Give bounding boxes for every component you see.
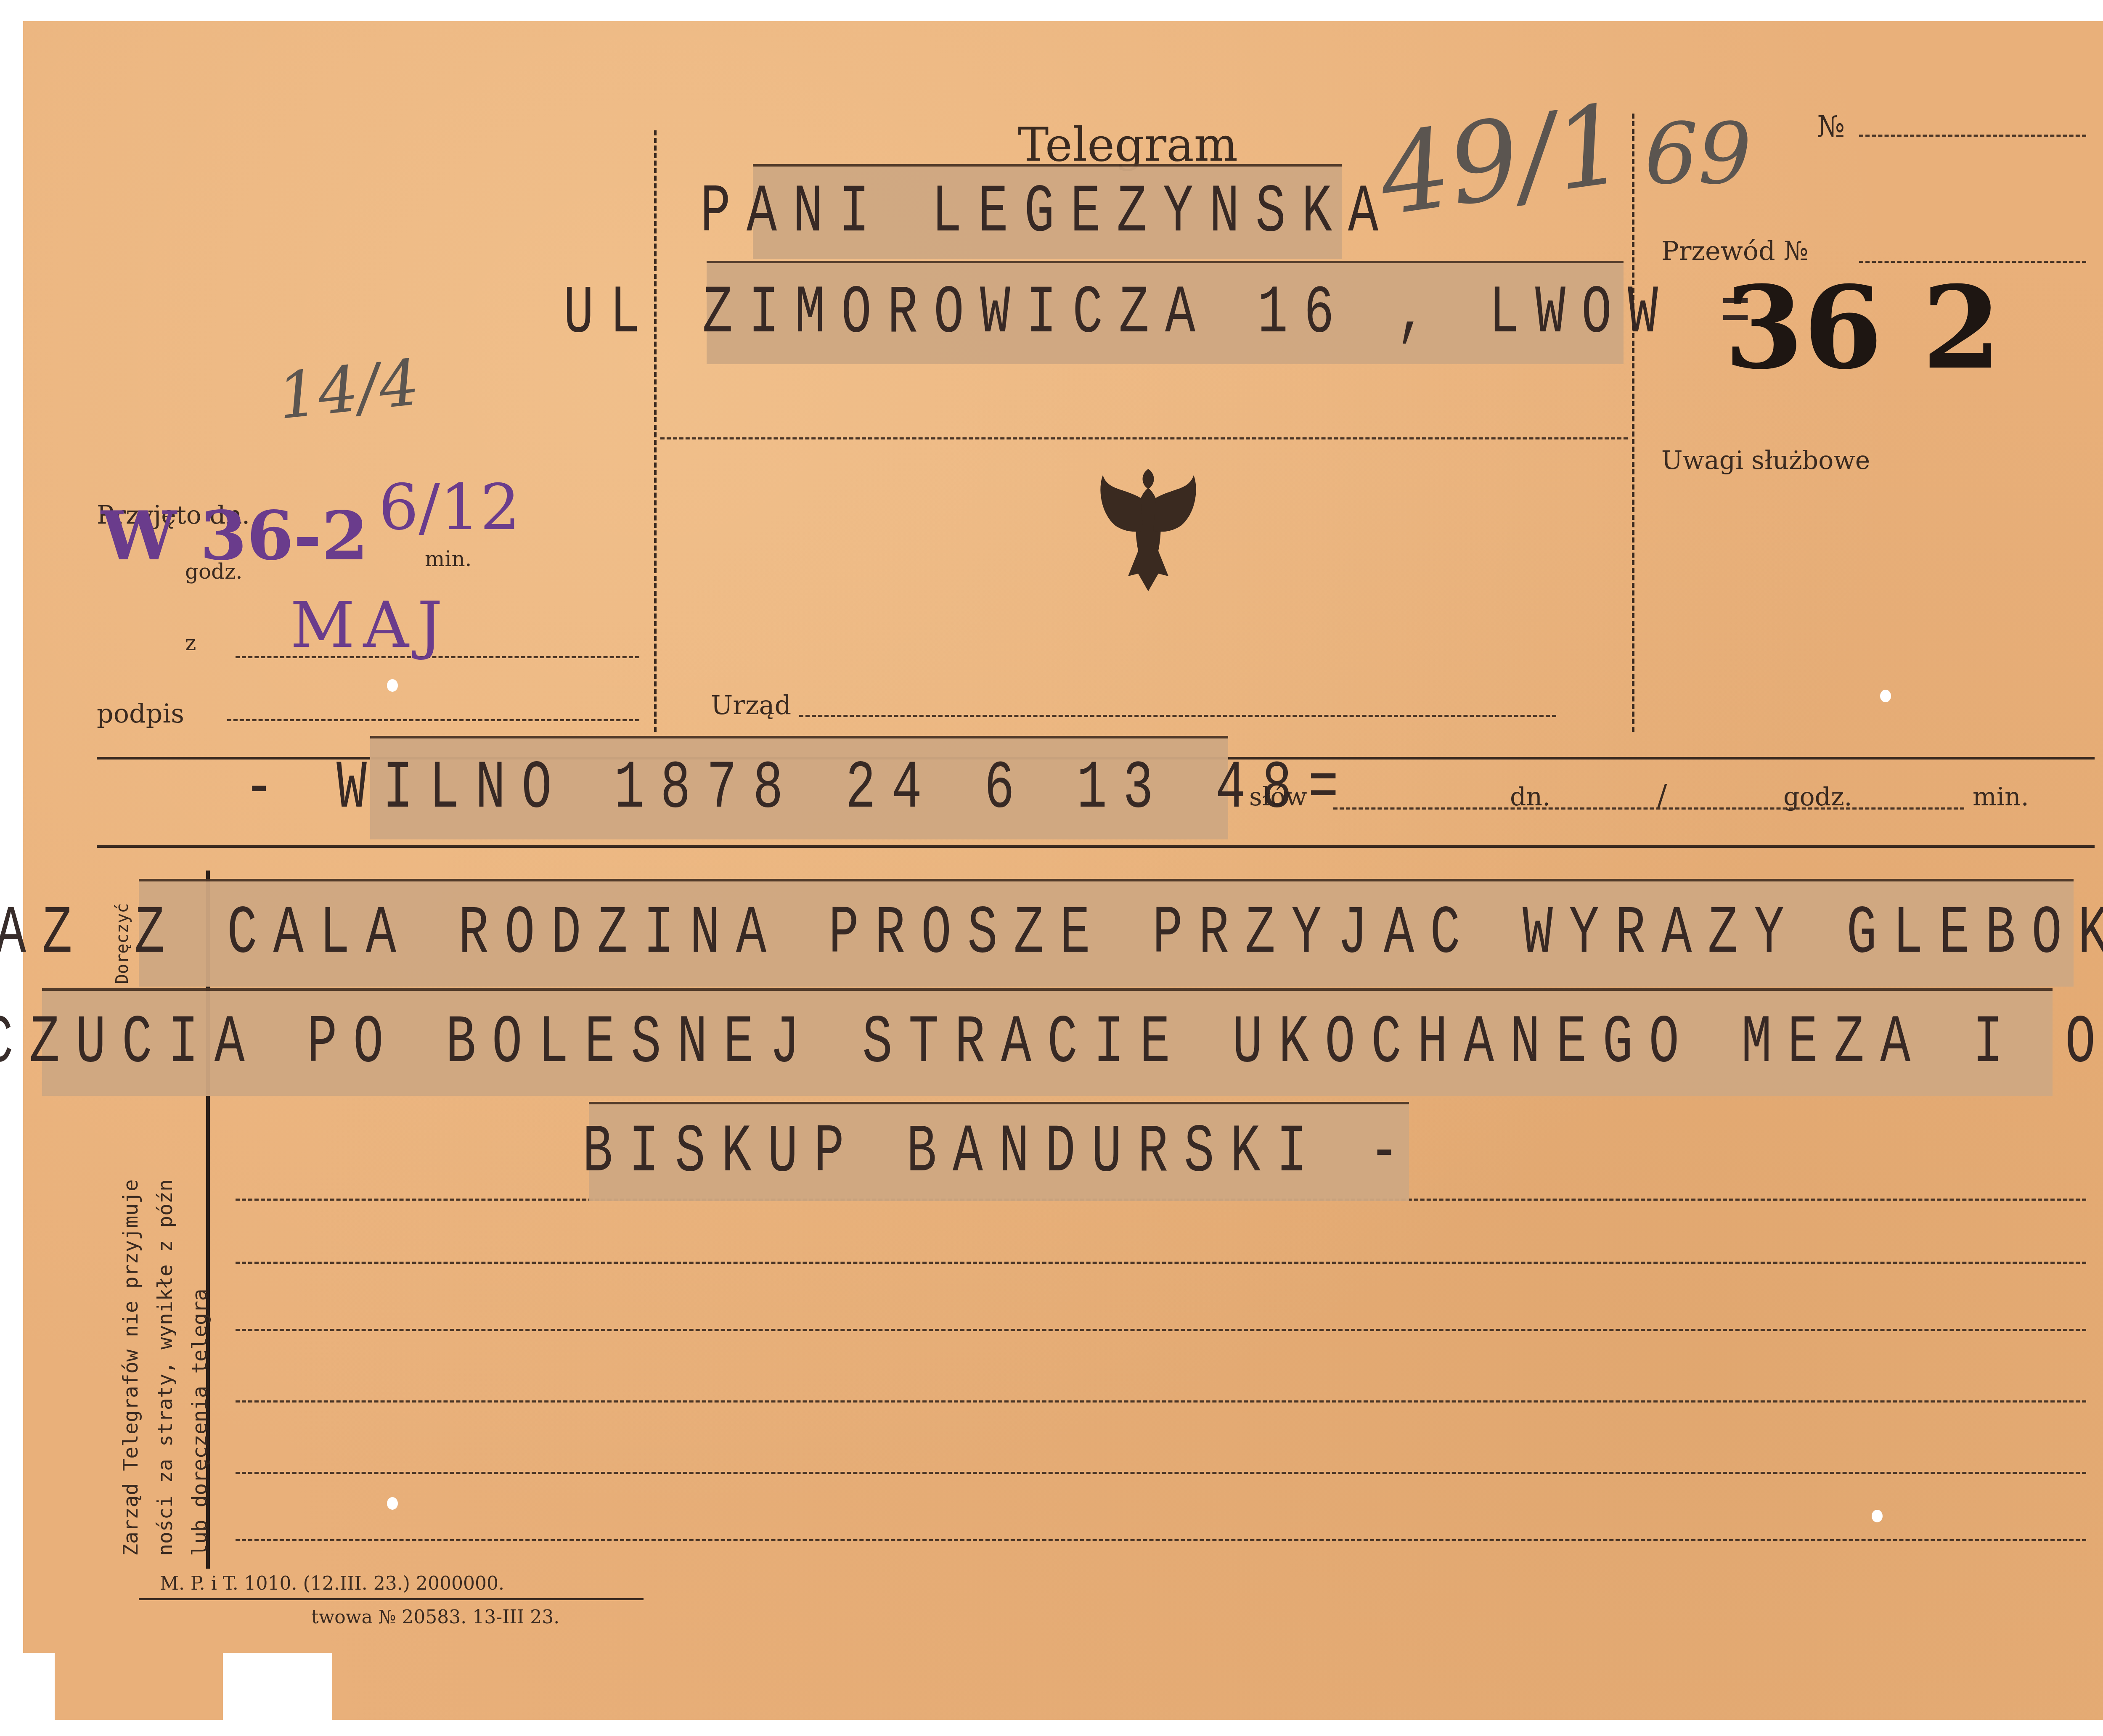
punch-hole xyxy=(387,679,398,692)
from-label: z xyxy=(185,631,196,655)
pencil-note-left: 14/4 xyxy=(274,346,423,434)
form-title: Telegram xyxy=(1018,118,1238,172)
signature-strip: BISKUP BANDURSKI - xyxy=(589,1102,1409,1201)
frame-divider-right xyxy=(1632,114,1634,732)
date-stamp-month: MAJ xyxy=(290,589,451,662)
pencil-note-right: 69 xyxy=(1645,105,1752,203)
torn-edge xyxy=(0,1653,55,1736)
form-print-code: M. P. i T. 1010. (12.III. 23.) 2000000. xyxy=(160,1573,504,1594)
torn-edge xyxy=(223,1653,332,1736)
service-notes-label: Uwagi służbowe xyxy=(1661,446,1870,475)
sender-signature: BISKUP BANDURSKI - xyxy=(583,1114,1415,1191)
polish-eagle-icon xyxy=(1085,463,1211,614)
header-strip: - WILNO 1878 24 6 13 48= xyxy=(370,736,1228,839)
number-label: № xyxy=(1817,109,1845,144)
punch-hole xyxy=(387,1497,398,1510)
rule xyxy=(236,1539,2086,1541)
address: UL ZIMOROWICZA 16 , LWOW = xyxy=(564,275,1767,352)
rule xyxy=(660,437,1628,439)
rule xyxy=(236,1329,2086,1331)
form-print-order: twowa № 20583. 13-III 23. xyxy=(311,1606,559,1628)
punch-hole xyxy=(1880,690,1891,702)
min-label: min. xyxy=(425,547,472,571)
date-stamp-date: 6/12 xyxy=(379,471,520,544)
signature-field-line xyxy=(227,719,639,721)
body-strip-1: WRAZ Z CALA RODZINA PROSZE PRZYJAC WYRAZ… xyxy=(139,879,2074,987)
transmission-header: - WILNO 1878 24 6 13 48= xyxy=(244,750,1354,828)
liability-notice: Zarząd Telegrafów nie przyjmuje ności za… xyxy=(114,1179,217,1556)
message-line-1: WRAZ Z CALA RODZINA PROSZE PRZYJAC WYRAZ… xyxy=(0,895,2103,973)
office-field-line xyxy=(799,715,1556,717)
frame-divider-left xyxy=(654,130,657,732)
rule xyxy=(139,1598,644,1600)
rule xyxy=(236,1472,2086,1474)
rule xyxy=(97,845,2095,848)
office-label: Urząd xyxy=(711,690,791,720)
min-label-2: min. xyxy=(1973,782,2029,812)
signature-label: podpis xyxy=(97,698,184,729)
recipient: PANI LEGEZYNSKA xyxy=(700,174,1394,251)
rule xyxy=(236,1262,2086,1264)
address-strip: UL ZIMOROWICZA 16 , LWOW = xyxy=(707,261,1624,364)
line-number-stamp: 36 2 xyxy=(1724,261,2001,394)
message-line-2: WSPOLCZUCIA PO BOLESNEJ STRACIE UKOCHANE… xyxy=(0,1005,2103,1082)
body-strip-2: WSPOLCZUCIA PO BOLESNEJ STRACIE UKOCHANE… xyxy=(42,988,2053,1096)
meta-field-line xyxy=(1333,807,1964,810)
deliver-label: Doręczyć xyxy=(105,903,140,984)
rule xyxy=(236,1400,2086,1403)
recipient-strip: PANI LEGEZYNSKA xyxy=(753,164,1342,259)
punch-hole xyxy=(1872,1510,1883,1522)
date-stamp-code: W 36-2 xyxy=(101,496,368,575)
number-field-line xyxy=(1859,135,2086,137)
